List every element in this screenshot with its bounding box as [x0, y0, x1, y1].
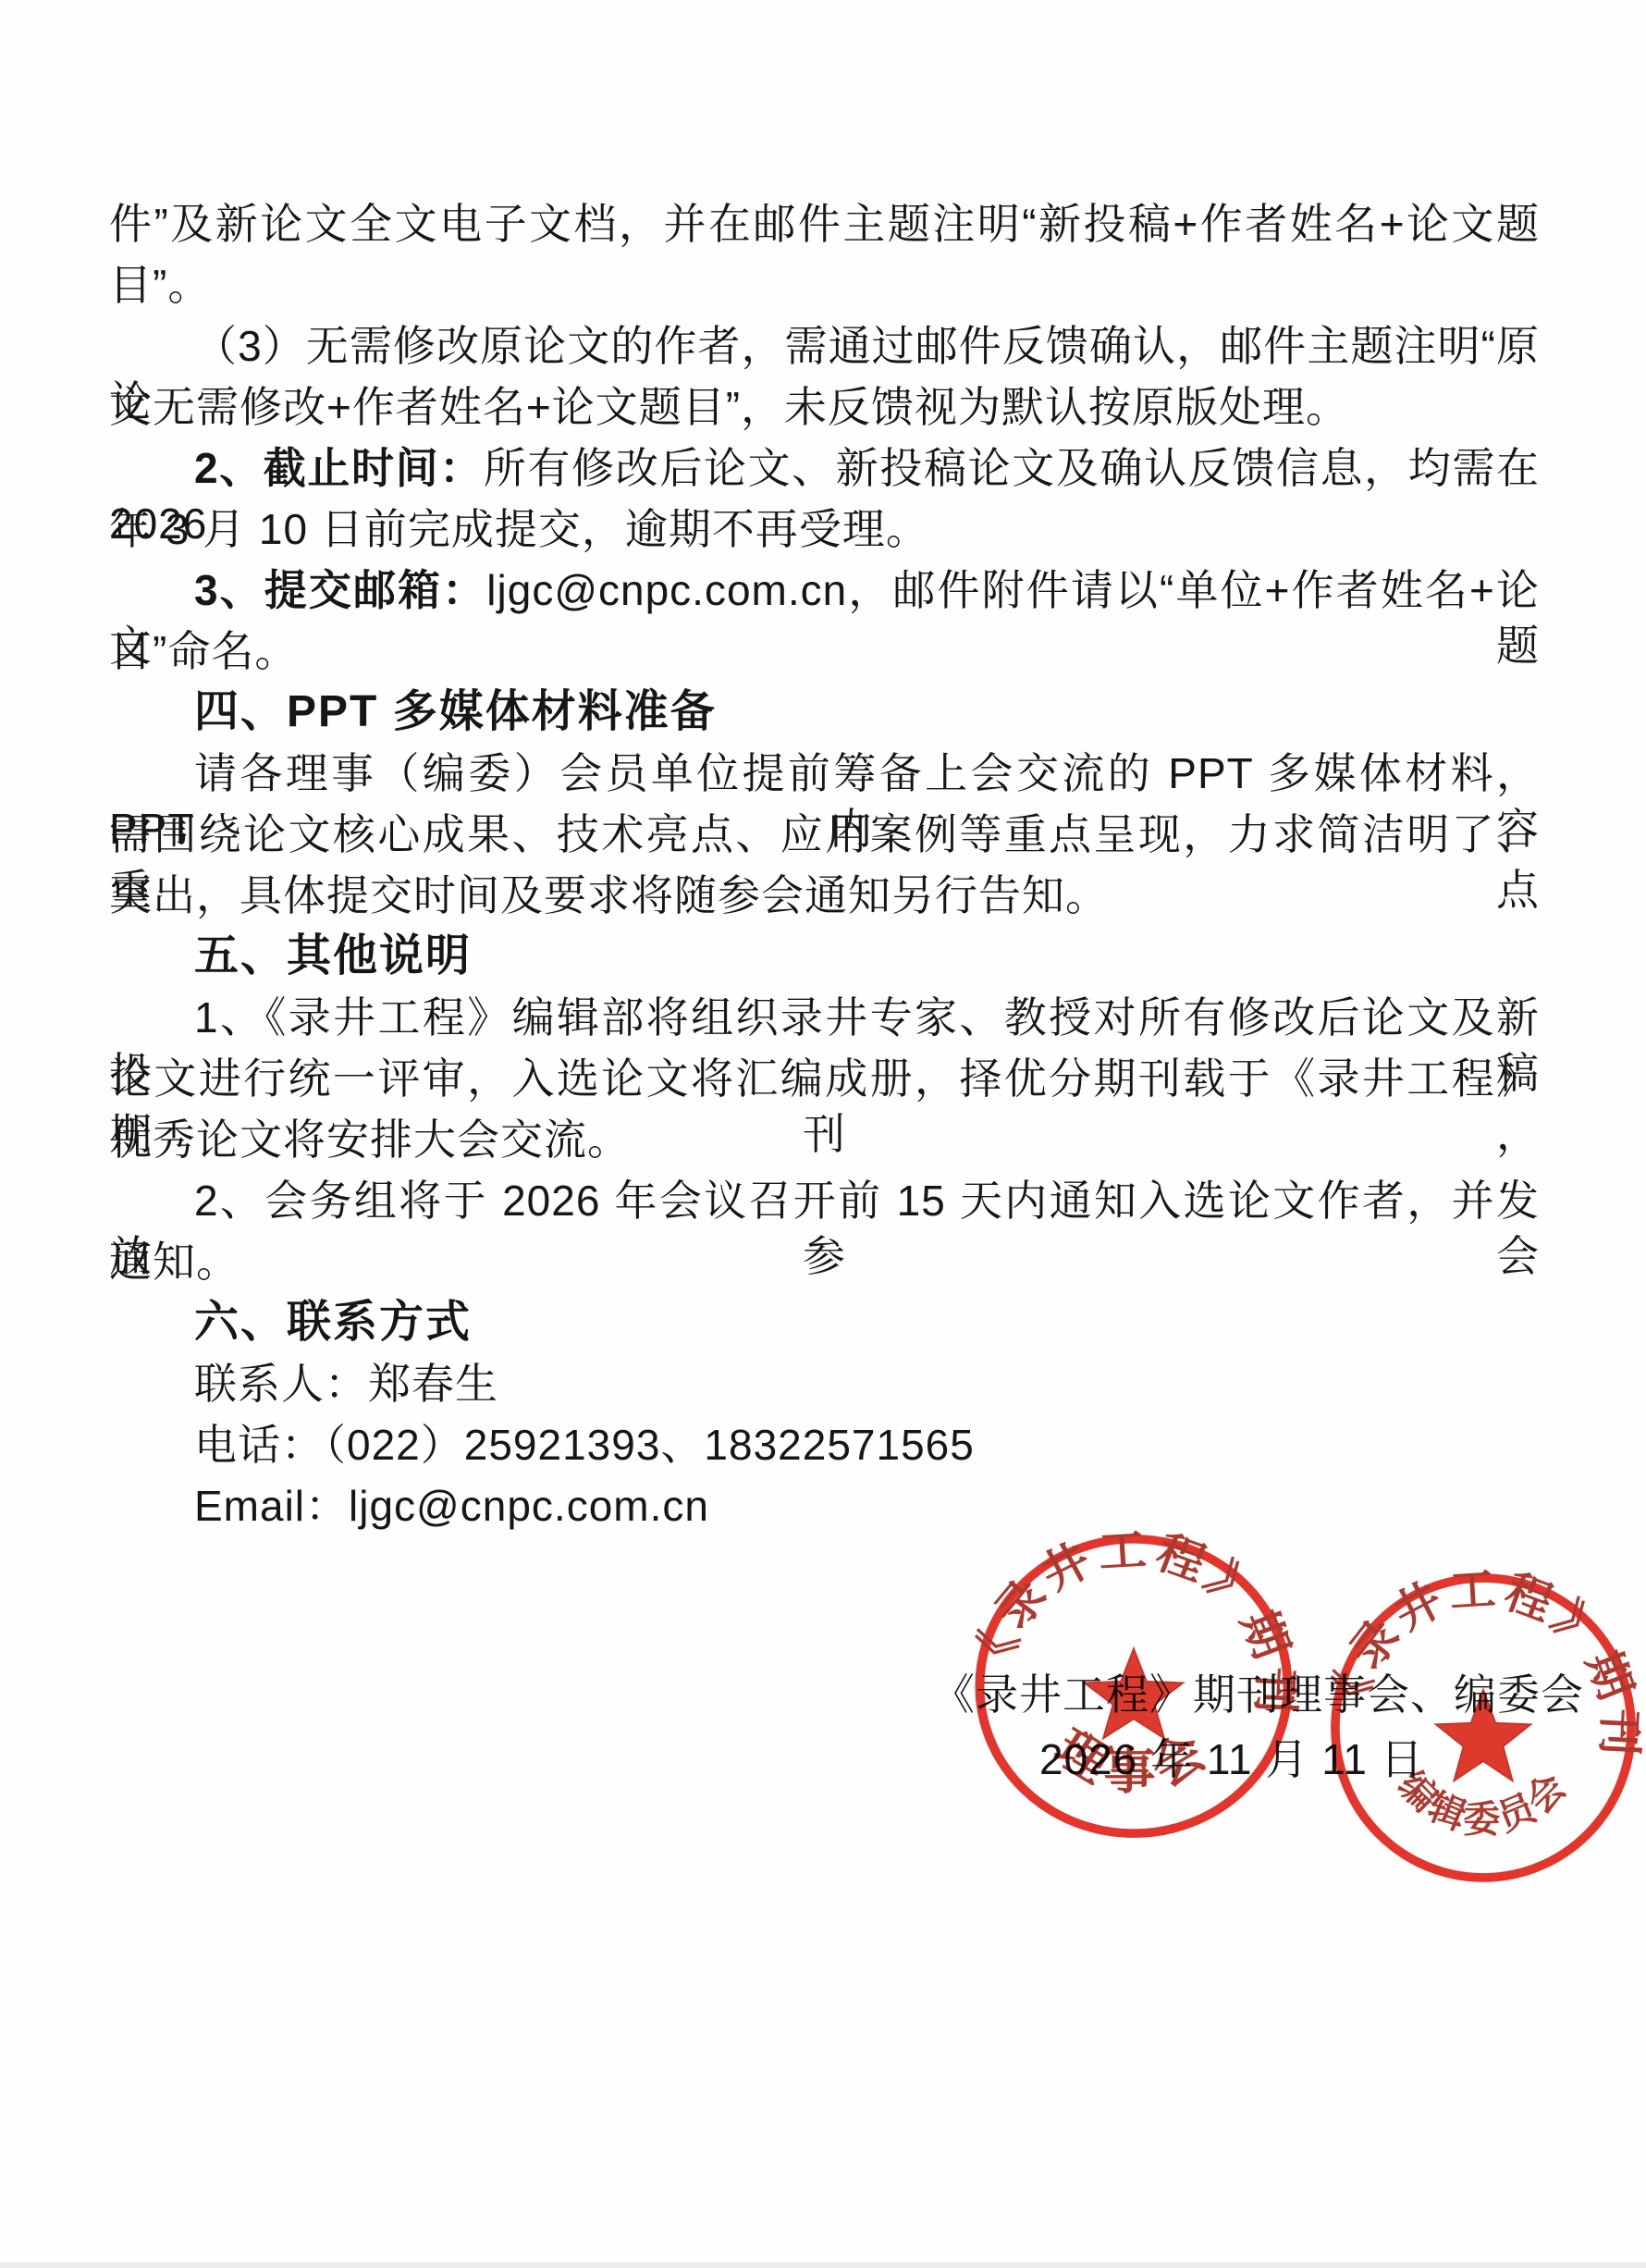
text-line: 3、提交邮箱：ljgc@cnpc.com.cn，邮件附件请以“单位+作者姓名+论…: [109, 562, 1540, 618]
line-text-run: 年 3 月 10 日前完成提交，逾期不再受理。: [109, 505, 929, 553]
line-text-run: 电话：（022）25921393、18322571565: [194, 1421, 975, 1469]
text-line: （3）无需修改原论文的作者，需通过邮件反馈确认，邮件主题注明“原论: [109, 318, 1540, 374]
line-text-run: Email：ljgc@cnpc.com.cn: [194, 1482, 709, 1530]
star-icon: [1436, 1690, 1531, 1781]
line-text-run: 文无需修改+作者姓名+论文题目”，未反馈视为默认按原版处理。: [109, 383, 1349, 431]
text-line: 目”命名。: [109, 623, 1540, 679]
text-line: 1、《录井工程》编辑部将组织录井专家、教授对所有修改后论文及新投稿: [109, 990, 1540, 1045]
line-text-run: 目”命名。: [109, 627, 298, 675]
line-bold-run: 3、提交邮箱：: [194, 566, 486, 614]
text-line: 2、截止时间：所有修改后论文、新投稿论文及确认反馈信息，均需在 2026: [109, 440, 1540, 496]
text-line: 突出，具体提交时间及要求将随参会通知另行告知。: [109, 868, 1540, 923]
text-line: 需围绕论文核心成果、技术亮点、应用案例等重点呈现，力求简洁明了、重点: [109, 807, 1540, 862]
text-line: 文无需修改+作者姓名+论文题目”，未反馈视为默认按原版处理。: [109, 379, 1540, 435]
line-bold-run: 五、其他说明: [194, 931, 472, 980]
text-line: 六、联系方式: [109, 1295, 1540, 1350]
line-text-run: 通知。: [109, 1238, 240, 1286]
line-text-run: 突出，具体提交时间及要求将随参会通知另行告知。: [109, 871, 1109, 919]
text-line: Email：ljgc@cnpc.com.cn: [109, 1478, 1540, 1534]
text-line: 电话：（022）25921393、18322571565: [109, 1417, 1540, 1473]
text-line: 五、其他说明: [109, 929, 1540, 984]
scan-bottom-edge: [0, 2262, 1646, 2268]
text-line: 论文进行统一评审，入选论文将汇编成册，择优分期刊载于《录井工程》期刊，: [109, 1051, 1540, 1106]
text-line: 请各理事（编委）会员单位提前筹备上会交流的 PPT 多媒体材料，PPT 内容: [109, 746, 1540, 801]
line-bold-run: 2、截止时间：: [194, 444, 484, 492]
line-text-run: 件”及新论文全文电子文档，并在邮件主题注明“新投稿+作者姓名+论文题: [109, 200, 1540, 248]
line-bold-run: 六、联系方式: [194, 1298, 472, 1347]
text-line: 联系人：郑春生: [109, 1356, 1540, 1411]
text-line: 优秀论文将安排大会交流。: [109, 1112, 1540, 1167]
scanned-document-page: 件”及新论文全文电子文档，并在邮件主题注明“新投稿+作者姓名+论文题目”。（3）…: [0, 0, 1646, 2268]
line-text-run: 优秀论文将安排大会交流。: [109, 1116, 631, 1164]
text-line: 年 3 月 10 日前完成提交，逾期不再受理。: [109, 501, 1540, 557]
text-line: 2、会务组将于 2026 年会议召开前 15 天内通知入选论文作者，并发放参会: [109, 1173, 1540, 1228]
star-icon: [1085, 1648, 1184, 1738]
text-line: 件”及新论文全文电子文档，并在邮件主题注明“新投稿+作者姓名+论文题: [109, 196, 1540, 252]
official-seal-council: 《录井工程》期刊 理事会: [966, 1526, 1301, 1846]
text-line: 目”。: [109, 257, 1540, 313]
line-bold-run: 四、PPT 多媒体材料准备: [194, 687, 717, 736]
text-line: 四、PPT 多媒体材料准备: [109, 684, 1540, 740]
seal-bottom-text: 编辑委员会: [1391, 1764, 1577, 1841]
text-line: 通知。: [109, 1234, 1540, 1289]
line-text-run: 目”。: [109, 261, 211, 309]
seal-bottom-text: 理事会: [1045, 1719, 1222, 1799]
line-text-run: 联系人：郑春生: [194, 1360, 498, 1408]
official-seal-editorial-board: 《录井工程》期刊 编辑委员会: [1322, 1565, 1644, 1891]
